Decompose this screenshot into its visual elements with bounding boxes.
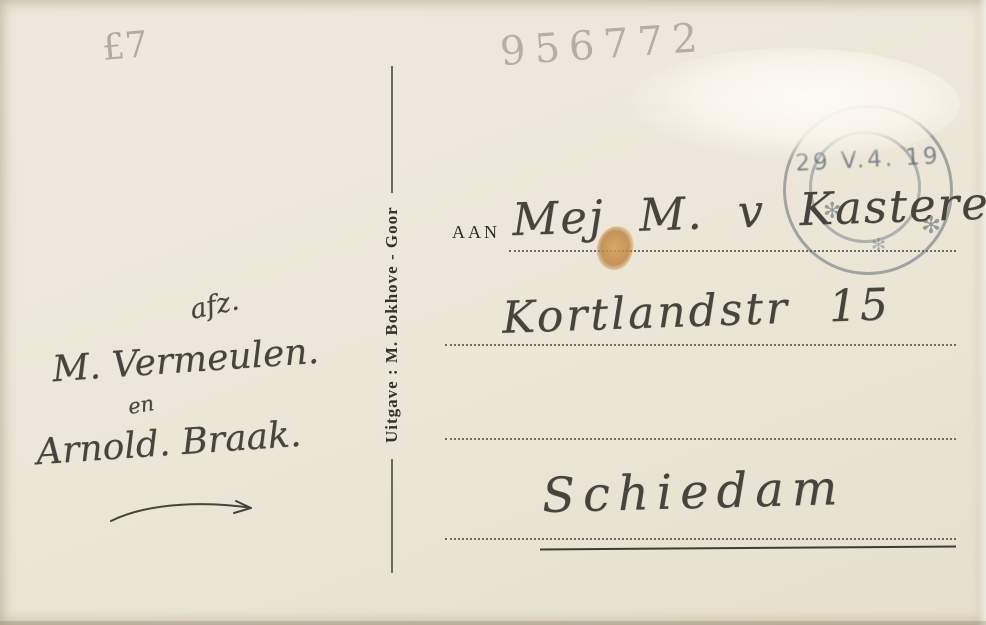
sender-name-2: Arnold. Braak. bbox=[35, 414, 303, 473]
sender-conjunction: en bbox=[126, 391, 155, 419]
postcard-scan: £7 956772 Uitgave : M. Bokhove - Goor 29… bbox=[0, 0, 986, 625]
pencil-price-mark: £7 bbox=[100, 24, 149, 69]
address-dotted-line-2 bbox=[445, 344, 956, 346]
flourish-stroke bbox=[105, 492, 265, 532]
sender-prefix: afz. bbox=[187, 285, 241, 325]
address-street-line: Kortlandstr 15 bbox=[501, 279, 892, 344]
divider-line-top bbox=[391, 66, 393, 193]
card-edge-shadow bbox=[0, 621, 986, 625]
postmark-ornament-icon: ✻ bbox=[871, 235, 886, 256]
address-dotted-line-4 bbox=[445, 538, 956, 540]
city-underline bbox=[540, 546, 956, 551]
sender-name-1: M. Vermeulen. bbox=[51, 331, 320, 391]
address-city-line: Schiedam bbox=[541, 460, 846, 524]
address-dotted-line-3 bbox=[445, 438, 956, 440]
address-dotted-line-1 bbox=[509, 250, 956, 252]
publisher-imprint: Uitgave : M. Bokhove - Goor bbox=[372, 192, 412, 458]
damage-patch bbox=[628, 48, 960, 160]
card-edge-highlight bbox=[977, 0, 986, 625]
aan-label: AAN bbox=[452, 222, 500, 243]
divider-line-bottom bbox=[391, 459, 393, 573]
